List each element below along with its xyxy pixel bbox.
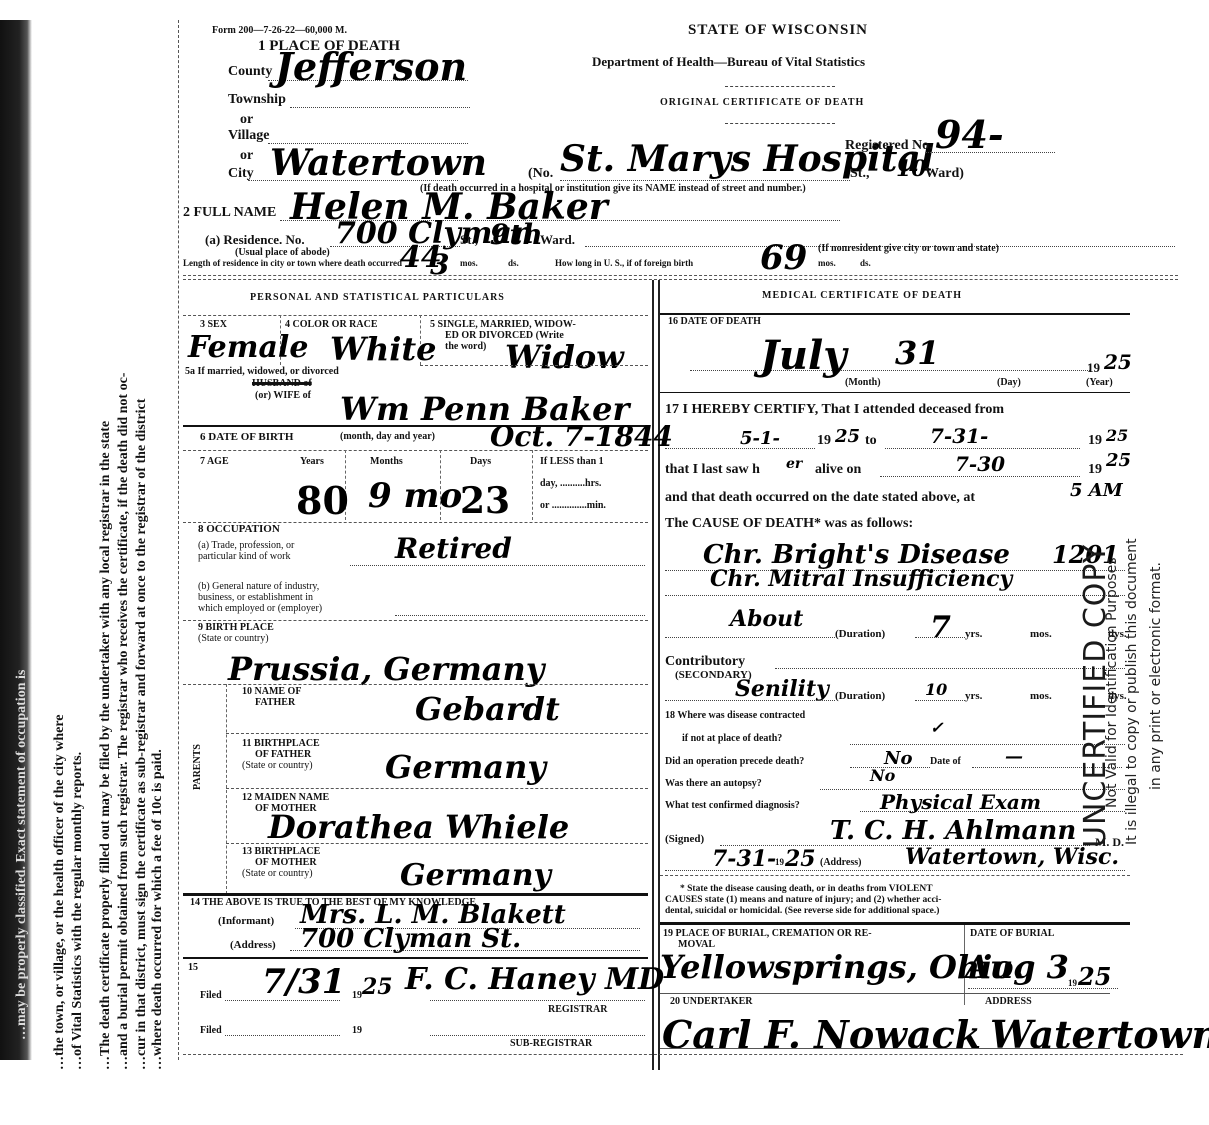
- trade-value: Retired: [395, 532, 512, 565]
- ds-label: ds.: [508, 258, 519, 268]
- year-label: (Year): [1086, 377, 1113, 388]
- contributory-duration-label: (Duration): [835, 690, 885, 702]
- attended-to-year: 25: [1106, 426, 1128, 445]
- sex-label: 3 SEX: [200, 319, 227, 330]
- residence-label: (a) Residence. No.: [205, 232, 305, 248]
- age-years-value: 80: [296, 478, 349, 523]
- filing-number: 15: [188, 962, 198, 973]
- burial-date-value: Aug 3: [965, 948, 1069, 986]
- time-of-death-value: 5 AM: [1070, 480, 1123, 501]
- dob-hint: (month, day and year): [340, 431, 435, 442]
- instructions-margin: …may be properly classified. Exact state…: [0, 0, 170, 1125]
- signed-year: 25: [785, 846, 816, 872]
- last-saw-date: 7-30: [955, 452, 1005, 476]
- ward-value: 10: [896, 156, 927, 182]
- mother-birthplace-value: Germany: [400, 858, 551, 893]
- physician-signature: T. C. H. Ahlmann: [830, 816, 1076, 846]
- occurred-statement: and that death occurred on the date stat…: [665, 490, 975, 506]
- birthplace-value: Prussia, Germany: [228, 650, 544, 688]
- personal-section-title: PERSONAL AND STATISTICAL PARTICULARS: [250, 292, 505, 303]
- yrs-label: yrs.: [965, 628, 982, 640]
- dod-label: 16 DATE OF DEATH: [668, 316, 761, 327]
- father-name-label-l2: FATHER: [255, 697, 295, 708]
- trade-label-l1: (a) Trade, profession, or: [198, 540, 294, 551]
- not-valid-watermark: Not Valid for Identification Purposes: [1104, 557, 1120, 808]
- attended-from-value: 5-1-: [740, 428, 780, 449]
- instruction-line: …where death occurred for which a fee of…: [150, 749, 166, 1070]
- column-divider: [652, 280, 654, 1070]
- mos-label: mos.: [460, 258, 478, 268]
- test-value: Physical Exam: [880, 790, 1041, 814]
- state-title: STATE OF WISCONSIN: [688, 22, 868, 39]
- operation-label: Did an operation precede death?: [665, 756, 804, 767]
- years-label: Years: [300, 456, 324, 467]
- length-residence-label: Length of residence in city or town wher…: [183, 258, 402, 268]
- divider: [725, 123, 835, 124]
- township-label: Township: [228, 92, 286, 108]
- attended-from-year: 25: [835, 426, 860, 447]
- instruction-line: …may be properly classified. Exact state…: [14, 670, 30, 1040]
- mos-label: mos.: [1030, 628, 1052, 640]
- informant-address-value: 700 Clyman St.: [300, 924, 521, 954]
- mother-birthplace-label-l3: (State or country): [242, 868, 313, 879]
- street-label: St.,: [850, 166, 869, 182]
- days-label: Days: [470, 456, 491, 467]
- undertaker-address-value: Watertown: [990, 1012, 1209, 1057]
- informant-label: (Informant): [218, 915, 274, 927]
- contributory-yrs-label: yrs.: [965, 690, 982, 702]
- last-saw-pronoun: er: [786, 456, 802, 472]
- dod-day-value: 31: [895, 334, 940, 372]
- filed2-year-prefix: 19: [352, 1025, 362, 1036]
- filed2-label: Filed: [200, 1025, 222, 1036]
- instruction-line: …of Vital Statistics with the regular mo…: [70, 752, 86, 1070]
- residence-st-label: St.,: [460, 232, 478, 248]
- instruction-line: …cur in that district, must sign the cer…: [134, 399, 150, 1070]
- industry-label-l1: (b) General nature of industry,: [198, 581, 319, 592]
- contributory-mos-label: mos.: [1030, 690, 1052, 702]
- or-label: or: [240, 112, 253, 128]
- burial-place-label-l1: 19 PLACE OF BURIAL, CREMATION OR RE-: [663, 928, 872, 939]
- certify-statement: 17 I HEREBY CERTIFY, That I attended dec…: [665, 402, 1004, 418]
- filed-label: Filed: [200, 990, 222, 1001]
- attended-to-year-prefix: 19: [1088, 433, 1102, 449]
- certificate-title: ORIGINAL CERTIFICATE OF DEATH: [660, 97, 864, 108]
- contributory-years: 10: [925, 680, 947, 699]
- footnote-l2: CAUSES state (1) means and nature of inj…: [665, 895, 941, 905]
- marital-label-l3: the word): [445, 341, 486, 352]
- industry-label-l2: business, or establishment in: [198, 592, 313, 603]
- contributory-value: Senility: [735, 676, 829, 702]
- spouse-label-l2: (or) WIFE of: [255, 390, 311, 401]
- sex-value: Female: [188, 330, 308, 365]
- informant-address-label: (Address): [230, 939, 276, 951]
- date-of-label: Date of: [930, 756, 961, 767]
- city-value: Watertown: [270, 142, 487, 184]
- spouse-struck-label: HUSBAND of: [252, 378, 312, 389]
- undertaker-value: Carl F. Nowack: [662, 1012, 981, 1057]
- residence-ward-label: Ward.: [540, 232, 575, 248]
- last-saw-year: 25: [1106, 450, 1131, 471]
- color-label: 4 COLOR OR RACE: [285, 319, 378, 330]
- us-mos-label: mos.: [818, 258, 836, 268]
- father-birthplace-value: Germany: [385, 748, 546, 786]
- color-value: White: [330, 330, 437, 368]
- father-birthplace-label-l3: (State or country): [242, 760, 313, 771]
- alive-on-label: alive on: [815, 462, 861, 478]
- or-label: or: [240, 148, 253, 164]
- duration-years: 7: [930, 610, 951, 645]
- attended-to-value: 7-31-: [930, 424, 988, 448]
- residence-ward-value: 9th: [490, 218, 543, 251]
- hospital-no-label: (No.: [528, 166, 553, 182]
- father-birthplace-label-l2: OF FATHER: [255, 749, 311, 760]
- autopsy-label: Was there an autopsy?: [665, 778, 762, 789]
- cause-label: The CAUSE OF DEATH* was as follows:: [665, 516, 913, 532]
- contracted-label-l1: 18 Where was disease contracted: [665, 710, 805, 721]
- to-label: to: [865, 433, 877, 449]
- duration-prefix: About: [730, 606, 803, 632]
- ward-label: Ward): [925, 166, 964, 182]
- footnote-l3: dental, suicidal or homicidal. (See reve…: [665, 906, 939, 916]
- mother-name-value: Dorathea Whiele: [268, 808, 569, 846]
- form-left-border: [178, 20, 179, 1060]
- parents-label: PARENTS: [192, 744, 203, 790]
- medical-section-title: MEDICAL CERTIFICATE OF DEATH: [762, 290, 962, 301]
- dob-value: Oct. 7-1844: [490, 420, 673, 453]
- last-saw-label: that I last saw h: [665, 462, 760, 478]
- subregistrar-label: SUB-REGISTRAR: [510, 1038, 592, 1049]
- duration-label: (Duration): [835, 628, 885, 640]
- contributory-label: Contributory: [665, 654, 745, 670]
- us-residence-label: How long in U. S., if of foreign birth: [555, 258, 693, 268]
- cause-line-2: Chr. Mitral Insufficiency: [710, 566, 1012, 592]
- registered-no-value: 94-: [935, 112, 1004, 157]
- undertaker-label: 20 UNDERTAKER: [670, 996, 753, 1007]
- dod-month-value: July: [760, 332, 846, 379]
- age-label: 7 AGE: [200, 456, 229, 467]
- date-of-value: —: [1005, 746, 1023, 767]
- filed-date-value: 7/31: [262, 962, 345, 1002]
- father-name-label-l1: 10 NAME OF: [242, 686, 301, 697]
- registered-no-label: Registered No.: [845, 138, 933, 154]
- full-name-label: 2 FULL NAME: [183, 205, 276, 221]
- us-residence-years: 69: [760, 238, 807, 278]
- undertaker-address-label: ADDRESS: [985, 996, 1032, 1007]
- dod-year-prefix: 19: [1087, 360, 1100, 376]
- test-label: What test confirmed diagnosis?: [665, 800, 800, 811]
- last-saw-year-prefix: 19: [1088, 462, 1102, 478]
- father-name-value: Gebardt: [415, 690, 560, 728]
- instruction-line: …the town, or village, or the health off…: [52, 714, 68, 1070]
- months-label: Months: [370, 456, 403, 467]
- county-label: County: [228, 64, 272, 80]
- birthplace-label-l1: 9 BIRTH PLACE: [198, 622, 274, 633]
- instruction-line: …and a burial permit obtained from such …: [116, 373, 132, 1070]
- father-birthplace-label-l1: 11 BIRTHPLACE: [242, 738, 320, 749]
- mother-birthplace-label-l2: OF MOTHER: [255, 857, 317, 868]
- day-label: (Day): [997, 377, 1021, 388]
- autopsy-value: No: [870, 766, 895, 785]
- registrar-label: REGISTRAR: [548, 1004, 607, 1015]
- contracted-value: ✓: [930, 718, 943, 737]
- mother-birthplace-label-l1: 13 BIRTHPLACE: [242, 846, 320, 857]
- occupation-label: 8 OCCUPATION: [198, 523, 280, 535]
- marital-value: Widow: [505, 338, 624, 376]
- marital-label-l1: 5 SINGLE, MARRIED, WIDOW-: [430, 319, 576, 330]
- age-days-value: 23: [460, 480, 510, 522]
- county-value: Jefferson: [275, 44, 467, 89]
- form-number: Form 200—7-26-22—60,000 M.: [212, 25, 347, 36]
- registrar-signature: F. C. Haney MD: [405, 962, 664, 997]
- dob-label: 6 DATE OF BIRTH: [200, 431, 293, 443]
- signed-address-label: (Address): [820, 857, 861, 868]
- usual-place-note: (Usual place of abode): [235, 247, 330, 258]
- signed-year-prefix: 19: [775, 857, 784, 867]
- divider: [725, 86, 835, 87]
- industry-label-l3: which employed or (employer): [198, 603, 322, 614]
- attended-from-year-prefix: 19: [817, 433, 831, 449]
- length-residence-months: 3: [430, 248, 449, 281]
- birthplace-label-l2: (State or country): [198, 633, 269, 644]
- department-title: Department of Health—Bureau of Vital Sta…: [592, 54, 865, 70]
- burial-year-prefix: 19: [1068, 978, 1077, 988]
- instruction-line: …The death certificate properly filled o…: [98, 421, 114, 1070]
- burial-date-label: DATE OF BURIAL: [970, 928, 1054, 939]
- trade-label-l2: particular kind of work: [198, 551, 290, 562]
- minutes-label: or ..............min.: [540, 500, 606, 511]
- age-months-value: 9 mo: [368, 476, 462, 516]
- filed-year-prefix: 19: [352, 990, 362, 1001]
- burial-year-value: 25: [1078, 962, 1111, 991]
- month-label: (Month): [845, 377, 881, 388]
- illegal-to-copy-watermark: It is illegal to copy or publish this do…: [1124, 538, 1140, 845]
- village-label: Village: [228, 128, 269, 144]
- hours-label: day, ..........hrs.: [540, 478, 601, 489]
- format-watermark: in any print or electronic format.: [1148, 562, 1164, 790]
- spouse-label-l1: 5a If married, widowed, or divorced: [185, 366, 339, 377]
- contracted-label-l2: if not at place of death?: [682, 733, 782, 744]
- signed-label: (Signed): [665, 833, 704, 845]
- mother-name-label-l1: 12 MAIDEN NAME: [242, 792, 329, 803]
- less-than-label: If LESS than 1: [540, 456, 604, 467]
- nonresident-note: (If nonresident give city or town and st…: [818, 243, 999, 254]
- filed-year-value: 25: [362, 974, 393, 1000]
- signed-date: 7-31-: [712, 846, 776, 872]
- footnote-l1: * State the disease causing death, or in…: [680, 884, 933, 894]
- dod-year-value: 25: [1104, 350, 1132, 374]
- us-ds-label: ds.: [860, 258, 871, 268]
